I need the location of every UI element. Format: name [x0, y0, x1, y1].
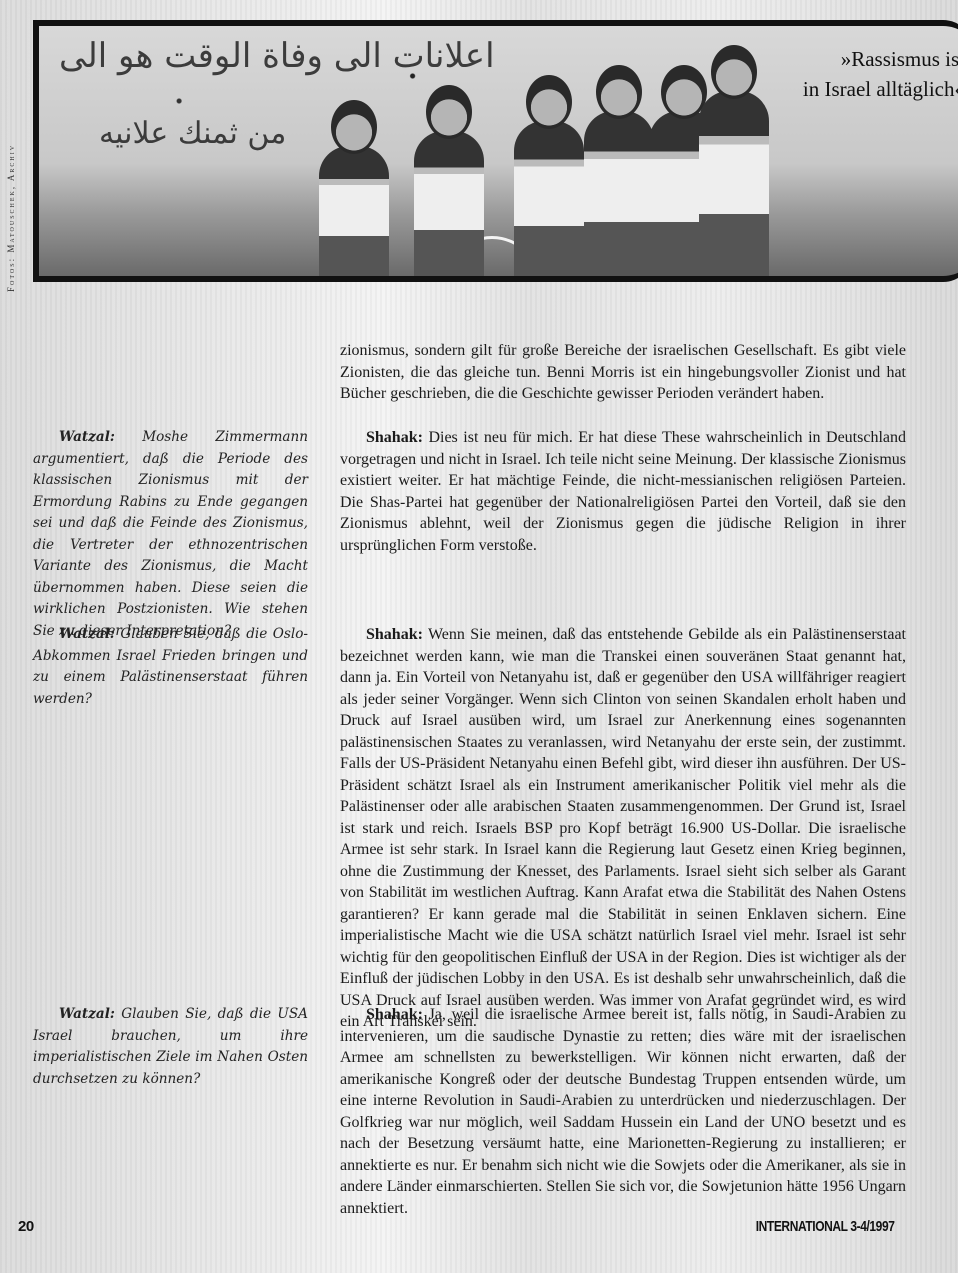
caption-line: »Rassismus ist [803, 44, 958, 74]
intro-paragraph: zionismus, sondern gilt für große Bereic… [340, 340, 906, 405]
graffiti-text: من ثمنك علانيه [99, 116, 286, 151]
child-figure [319, 146, 389, 282]
question-2: Watzal: Glauben Sie, daß die Oslo-Abkomm… [33, 624, 308, 710]
child-figure [514, 121, 584, 282]
header-photo: اعلانات الى وفاة الوقت هو الى من ثمنك عل… [33, 20, 958, 282]
photo-caption: »Rassismus ist in Israel alltäglich« [803, 44, 958, 104]
photo-credit: Fotos: Matouschek, Archiv [6, 144, 16, 292]
speaker-label: Shahak: [366, 429, 423, 446]
answer-2: Shahak: Wenn Sie meinen, daß das entsteh… [340, 624, 906, 1033]
speaker-label: Watzal: [59, 429, 115, 445]
speaker-label: Shahak: [366, 626, 423, 643]
answer-text: Ja, weil die israelische Armee bereit is… [340, 1006, 906, 1217]
children-group [319, 66, 779, 282]
speaker-label: Shahak: [366, 1006, 423, 1023]
child-figure [584, 111, 654, 282]
question-3: Watzal: Glauben Sie, daß die USA Israel … [33, 1004, 308, 1090]
body-text: zionismus, sondern gilt für große Bereic… [340, 340, 906, 405]
answer-3: Shahak: Ja, weil die israelische Armee b… [340, 1004, 906, 1219]
caption-line: in Israel alltäglich« [803, 74, 958, 104]
question-1: Watzal: Moshe Zimmermann argumentiert, d… [33, 427, 308, 642]
child-figure [699, 91, 769, 282]
answer-1: Shahak: Dies ist neu für mich. Er hat di… [340, 427, 906, 556]
answer-text: Dies ist neu für mich. Er hat diese Thes… [340, 429, 906, 554]
question-text: Moshe Zimmermann argumentiert, daß die P… [33, 429, 308, 639]
page-number: 20 [18, 1218, 34, 1235]
speaker-label: Watzal: [59, 626, 115, 642]
child-figure [414, 131, 484, 282]
answer-text: Wenn Sie meinen, daß das entstehende Geb… [340, 626, 906, 1030]
speaker-label: Watzal: [59, 1006, 115, 1022]
magazine-issue: INTERNATIONAL 3-4/1997 [755, 1218, 894, 1235]
